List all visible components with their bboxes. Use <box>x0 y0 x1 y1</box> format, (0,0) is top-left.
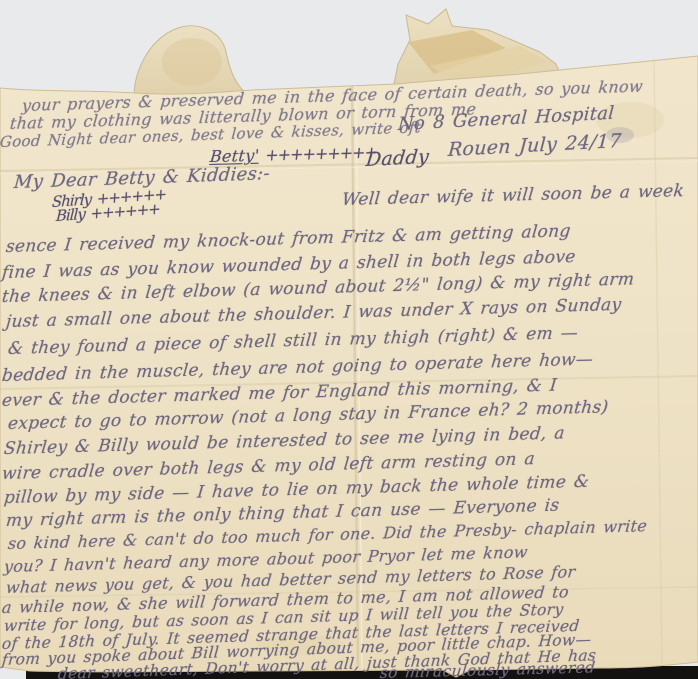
opening-line: Well dear wife it will soon be a week <box>341 181 685 210</box>
betty-kisses-line: Betty' +++++++++ <box>209 143 378 166</box>
signature: Daddy <box>365 146 430 171</box>
place-date: Rouen July 24/17 <box>447 130 622 161</box>
scanned-letter: your prayers & preserved me in the face … <box>0 0 698 679</box>
handwriting-layer: your prayers & preserved me in the face … <box>0 0 698 679</box>
kiss-marks: +++++++++ <box>258 143 378 165</box>
